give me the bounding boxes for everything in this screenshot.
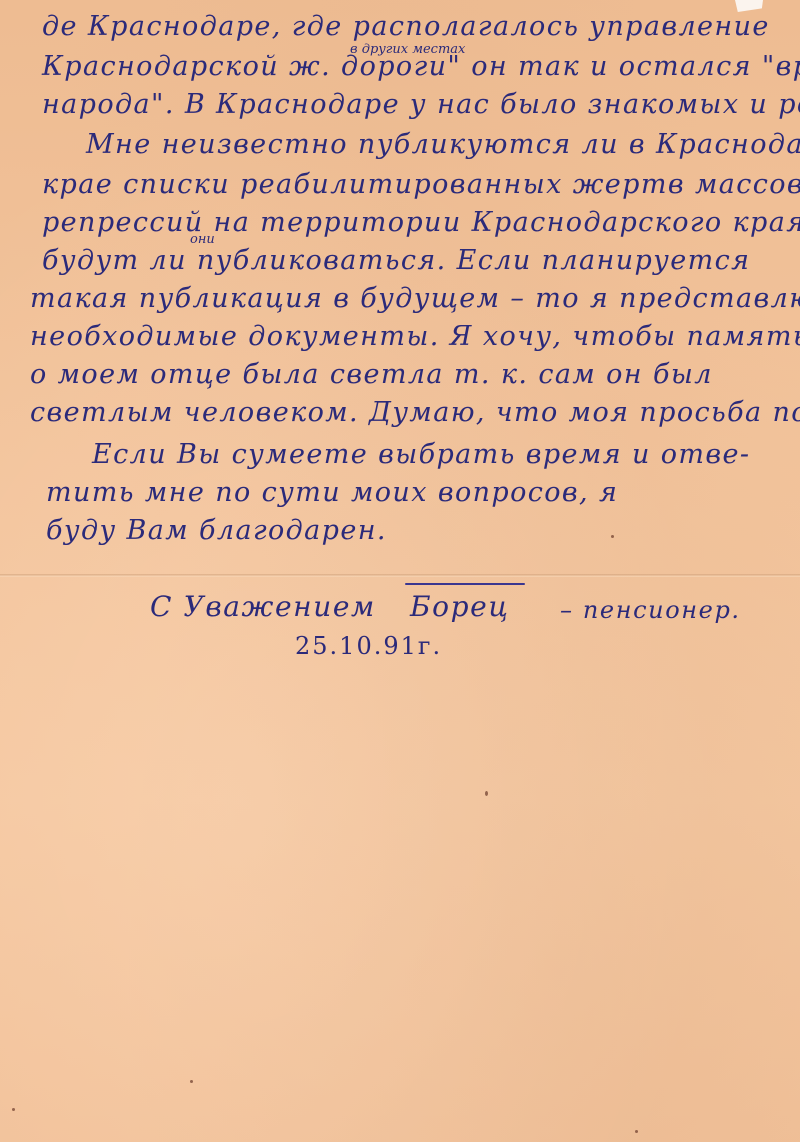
paper-speck: [190, 1080, 193, 1083]
letter-line: о моем отце была светла т. к. сам он был: [30, 360, 713, 390]
letter-line: тить мне по сути моих вопросов, я: [46, 478, 618, 508]
signer-title: – пенсионер.: [560, 596, 741, 624]
paper-speck: [635, 1130, 638, 1133]
letter-line: будут ли публиковаться. Если планируется: [42, 246, 750, 276]
paper-speck: [12, 1108, 15, 1111]
letter-line: репрессий на территории Краснодарского к…: [42, 208, 800, 238]
paper-fold-crease: [0, 574, 800, 577]
letter-line: де Краснодаре, где располагалось управле…: [42, 12, 770, 42]
letter-line: такая публикация в будущем – то я предст…: [30, 284, 800, 314]
letter-line: буду Вам благодарен.: [46, 516, 387, 546]
letter-line: светлым человеком. Думаю, что моя просьб…: [30, 398, 800, 428]
letter-line: Если Вы сумеете выбрать время и отве-: [92, 440, 750, 470]
closing-salutation: С Уважением: [150, 590, 376, 623]
letter-line: Краснодарской ж. дороги" он так и осталс…: [42, 52, 800, 82]
signature: Борец: [410, 590, 509, 623]
paper-speck: [611, 535, 614, 538]
letter-line: народа". В Краснодаре у нас было знакомы…: [42, 90, 800, 120]
letter-date: 25.10.91г.: [295, 632, 442, 660]
paper-speck: [485, 791, 488, 796]
letter-line: Мне неизвестно публикуются ли в Краснода…: [86, 130, 800, 160]
signature-flourish: [405, 583, 525, 585]
letter-line: необходимые документы. Я хочу, чтобы пам…: [30, 322, 800, 352]
letter-line: крае списки реабилитированных жертв масс…: [42, 170, 800, 200]
